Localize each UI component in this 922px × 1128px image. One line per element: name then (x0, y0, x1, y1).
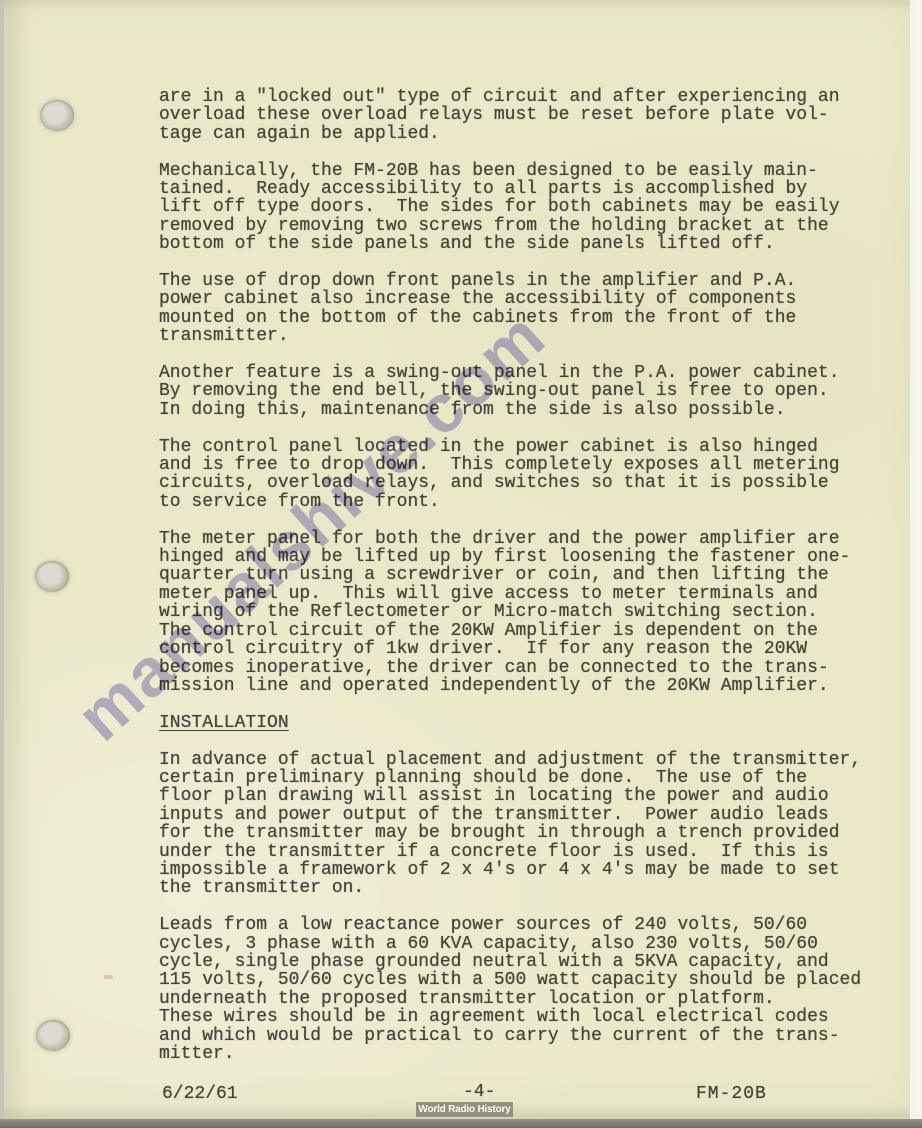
text-line: The control circuit of the 20KW Amplifie… (159, 622, 889, 640)
punch-hole-top (40, 100, 74, 131)
text-line: tage can again be applied. (159, 125, 889, 143)
page-right-edge (910, 0, 916, 1119)
text-line: and which would be practical to carry th… (159, 1027, 889, 1045)
text-line: hinged and may be lifted up by first loo… (159, 548, 889, 566)
paragraph: are in a "locked out" type of circuit an… (159, 88, 889, 143)
text-line: impossible a framework of 2 x 4's or 4 x… (159, 861, 889, 879)
text-line: overload these overload relays must be r… (159, 106, 889, 124)
text-line: In doing this, maintenance from the side… (159, 401, 889, 419)
text-line: removed by removing two screws from the … (159, 217, 889, 235)
text-line: bottom of the side panels and the side p… (159, 235, 889, 253)
typewritten-text: are in a "locked out" type of circuit an… (159, 88, 889, 1063)
text-line: transmitter. (159, 327, 889, 345)
text-line: floor plan drawing will assist in locati… (159, 787, 889, 805)
text-line: the transmitter on. (159, 879, 889, 897)
text-line: By removing the end bell, the swing-out … (159, 382, 889, 400)
paragraph: Leads from a low reactance power sources… (159, 916, 889, 1063)
paragraph: The use of drop down front panels in the… (159, 272, 889, 346)
text-line: mission line and operated independently … (159, 677, 889, 695)
text-line: These wires should be in agreement with … (159, 1008, 889, 1026)
text-line: Leads from a low reactance power sources… (159, 916, 889, 934)
text-line: Another feature is a swing-out panel in … (159, 364, 889, 382)
text-line: lift off type doors. The sides for both … (159, 198, 889, 216)
world-radio-history-badge: World Radio History (416, 1102, 513, 1117)
scan-background: are in a "locked out" type of circuit an… (0, 0, 922, 1128)
model-number: FM-20B (696, 1084, 767, 1104)
text-line: control circuitry of 1kw driver. If for … (159, 640, 889, 658)
text-line: for the transmitter may be brought in th… (159, 824, 889, 842)
page-number: -4- (463, 1082, 495, 1102)
paragraph: Another feature is a swing-out panel in … (159, 364, 889, 419)
section-heading: INSTALLATION (159, 714, 889, 732)
paragraph: In advance of actual placement and adjus… (159, 751, 889, 898)
text-line: underneath the proposed transmitter loca… (159, 990, 889, 1008)
text-line: cycles, 3 phase with a 60 KVA capacity, … (159, 935, 889, 953)
text-line: to service from the front. (159, 493, 889, 511)
text-line: tained. Ready accessibility to all parts… (159, 180, 889, 198)
text-line: and is free to drop down. This completel… (159, 456, 889, 474)
text-line: under the transmitter if a concrete floo… (159, 843, 889, 861)
scan-bottom-edge (0, 1119, 922, 1128)
punch-hole-middle (35, 561, 69, 592)
text-line: quarter turn using a screwdriver or coin… (159, 566, 889, 584)
text-line: cycle, single phase grounded neutral wit… (159, 953, 889, 971)
text-line: mounted on the bottom of the cabinets fr… (159, 309, 889, 327)
text-line: INSTALLATION (159, 714, 889, 732)
red-ink-speck (104, 975, 113, 979)
footer-date: 6/22/61 (162, 1084, 238, 1104)
text-line: 115 volts, 50/60 cycles with a 500 watt … (159, 971, 889, 989)
text-line: are in a "locked out" type of circuit an… (159, 88, 889, 106)
text-line: Mechanically, the FM-20B has been design… (159, 162, 889, 180)
text-line: The control panel located in the power c… (159, 438, 889, 456)
text-line: power cabinet also increase the accessib… (159, 290, 889, 308)
paragraph: Mechanically, the FM-20B has been design… (159, 162, 889, 254)
text-line: wiring of the Reflectometer or Micro-mat… (159, 603, 889, 621)
text-line: inputs and power output of the transmitt… (159, 806, 889, 824)
paragraph: The meter panel for both the driver and … (159, 530, 889, 696)
text-line: In advance of actual placement and adjus… (159, 751, 889, 769)
paragraph: The control panel located in the power c… (159, 438, 889, 512)
text-line: circuits, overload relays, and switches … (159, 474, 889, 492)
document-page: are in a "locked out" type of circuit an… (4, 0, 916, 1119)
text-line: The meter panel for both the driver and … (159, 530, 889, 548)
text-line: becomes inoperative, the driver can be c… (159, 659, 889, 677)
text-line: meter panel up. This will give access to… (159, 585, 889, 603)
text-line: The use of drop down front panels in the… (159, 272, 889, 290)
text-line: mitter. (159, 1045, 889, 1063)
punch-hole-bottom (36, 1020, 70, 1051)
text-line: certain preliminary planning should be d… (159, 769, 889, 787)
